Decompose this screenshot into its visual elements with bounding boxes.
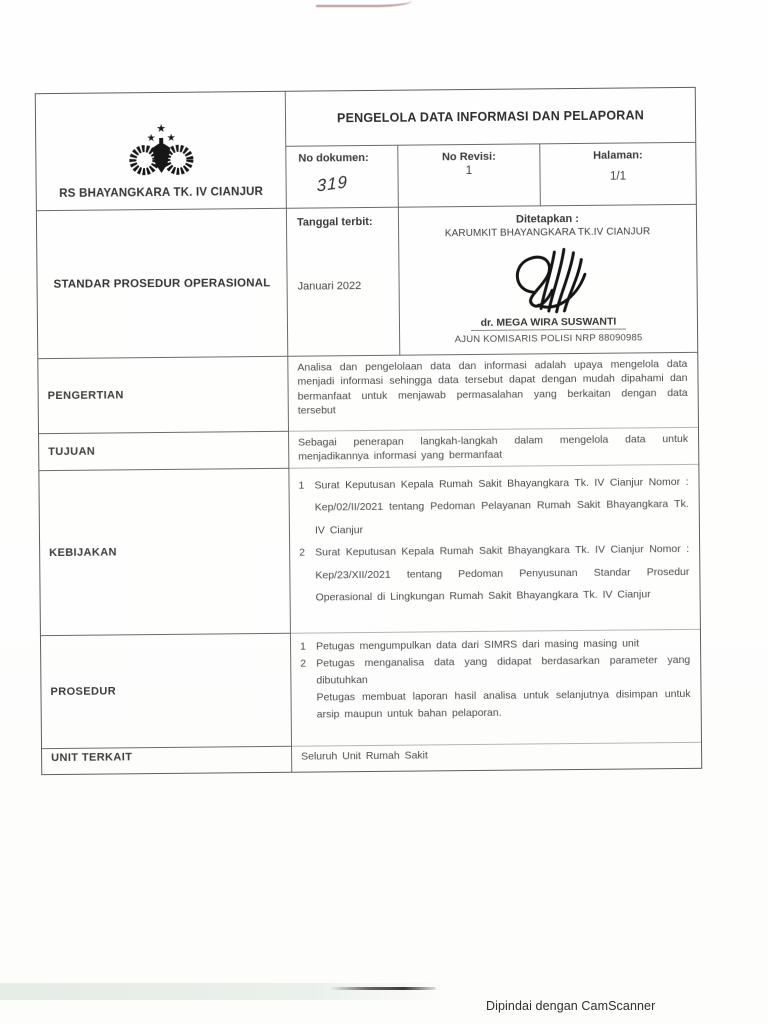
org-name: RS BHAYANGKARA TK. IV CIANJUR — [59, 186, 263, 200]
scan-bottom-tint — [0, 983, 446, 1000]
halaman-label: Halaman: — [593, 149, 643, 161]
tanggal-terbit-cell: Tanggal terbit: Januari 2022 — [287, 208, 400, 357]
item-number: 1 — [298, 475, 315, 542]
ditetapkan-cell: Ditetapkan : KARUMKIT BHAYANGKARA TK.IV … — [399, 205, 697, 356]
pengertian-content: Analisa dan pengelolaan data dan informa… — [288, 353, 698, 432]
kebijakan-item-text: Surat Keputusan Kepala Rumah Sakit Bhaya… — [315, 538, 690, 609]
document-title: PENGELOLA DATA INFORMASI DAN PELAPORAN — [337, 108, 644, 125]
pengertian-label: PENGERTIAN — [48, 389, 124, 402]
scanned-page: ★ ★ ★ RS BHAYANGKARA TK. IV CIANJUR PENG… — [0, 0, 768, 1024]
no-dokumen-value-handwritten: 319 — [316, 172, 348, 196]
prosedur-step-text: Petugas menganalisa data yang didapat be… — [316, 652, 690, 690]
section-label-kebijakan: KEBIJAKAN — [39, 469, 291, 636]
signer-title: AJUN KOMISARIS POLISI NRP 88090985 — [455, 332, 643, 345]
sop-type-label: STANDAR PROSEDUR OPERASIONAL — [54, 277, 271, 290]
prosedur-label: PROSEDUR — [50, 685, 116, 698]
unit-terkait-label: UNIT TERKAIT — [51, 751, 132, 764]
item-number: 2 — [300, 656, 316, 690]
header-logo-cell: ★ ★ ★ RS BHAYANGKARA TK. IV CIANJUR — [36, 92, 287, 211]
sop-type-cell: STANDAR PROSEDUR OPERASIONAL — [37, 209, 288, 359]
halaman-value: 1/1 — [610, 171, 626, 183]
section-label-tujuan: TUJUAN — [39, 432, 289, 471]
no-revisi-label: No Revisi: — [442, 151, 496, 164]
section-label-pengertian: PENGERTIAN — [38, 357, 289, 434]
tujuan-label: TUJUAN — [48, 446, 95, 458]
no-dokumen-label: No dokumen: — [298, 152, 368, 165]
tanggal-terbit-label: Tanggal terbit: — [297, 216, 392, 229]
ditetapkan-label: Ditetapkan : — [516, 213, 579, 226]
signer-name: dr. MEGA WIRA SUSWANTI — [471, 316, 627, 331]
no-revisi-cell: No Revisi: 1 — [398, 144, 541, 207]
svg-text:★: ★ — [146, 133, 155, 144]
signature-scribble — [492, 238, 605, 317]
kebijakan-item-text: Surat Keputusan Kepala Rumah Sakit Bhaya… — [314, 471, 689, 542]
sop-document-table: ★ ★ ★ RS BHAYANGKARA TK. IV CIANJUR PENG… — [35, 87, 703, 775]
svg-text:★: ★ — [156, 122, 166, 135]
kebijakan-label: KEBIJAKAN — [49, 546, 117, 559]
prosedur-step: Petugas membuat laporan hasil analisa un… — [300, 686, 690, 724]
item-number: 1 — [300, 639, 316, 656]
svg-text:★: ★ — [166, 133, 175, 144]
document-title-cell: PENGELOLA DATA INFORMASI DAN PELAPORAN — [286, 88, 696, 147]
prosedur-step-text: Petugas membuat laporan hasil analisa un… — [316, 686, 690, 724]
unit-terkait-content: Seluruh Unit Rumah Sakit — [292, 743, 701, 772]
unit-terkait-text: Seluruh Unit Rumah Sakit — [301, 746, 691, 764]
pengertian-text: Analisa dan pengelolaan data dan informa… — [297, 357, 688, 418]
tujuan-content: Sebagai penerapan langkah-langkah dalam … — [289, 428, 698, 469]
kebijakan-content: 1 Surat Keputusan Kepala Rumah Sakit Bha… — [289, 465, 700, 634]
camscanner-watermark: Dipindai dengan CamScanner — [486, 999, 655, 1013]
no-revisi-value: 1 — [466, 165, 473, 177]
no-dokumen-cell: No dokumen: 319 — [286, 146, 399, 209]
tujuan-text: Sebagai penerapan langkah-langkah dalam … — [298, 432, 688, 465]
item-number: 2 — [299, 542, 316, 609]
prosedur-content: 1 Petugas mengumpulkan data dari SIMRS d… — [291, 630, 701, 747]
kebijakan-item: 1 Surat Keputusan Kepala Rumah Sakit Bha… — [298, 471, 689, 542]
prosedur-step: 2 Petugas menganalisa data yang didapat … — [300, 652, 690, 690]
scan-edge-artifact — [316, 0, 412, 7]
kebijakan-item: 2 Surat Keputusan Kepala Rumah Sakit Bha… — [299, 538, 690, 609]
police-emblem-icon: ★ ★ ★ — [124, 119, 197, 182]
section-label-unit-terkait: UNIT TERKAIT — [42, 747, 292, 774]
tanggal-terbit-value: Januari 2022 — [298, 280, 393, 293]
section-label-prosedur: PROSEDUR — [41, 634, 292, 749]
halaman-cell: Halaman: 1/1 — [540, 143, 696, 206]
scan-fold-line — [330, 987, 436, 990]
